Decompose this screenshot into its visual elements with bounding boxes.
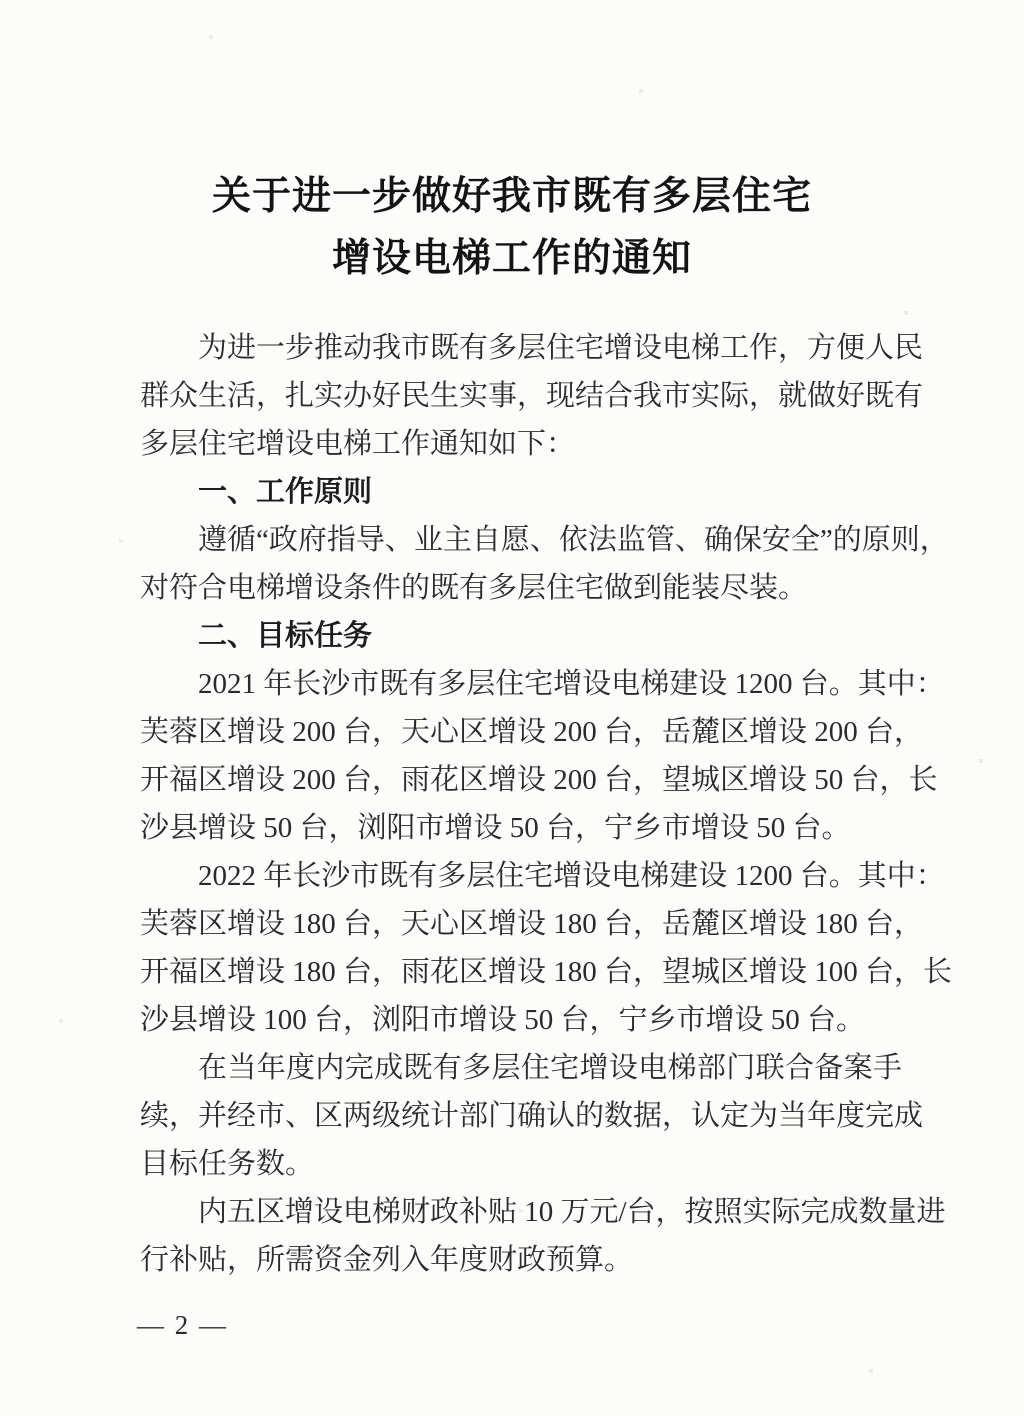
body-line: 为进一步推动我市既有多层住宅增设电梯工作，方便人民 [140,324,902,372]
body-line: 2022 年长沙市既有多层住宅增设电梯建设 1200 台。其中： [140,852,902,900]
body-line: 多层住宅增设电梯工作通知如下： [140,420,902,468]
document-title-line-1: 关于进一步做好我市既有多层住宅 [0,166,1024,228]
body-line: 沙县增设 100 台，浏阳市增设 50 台，宁乡市增设 50 台。 [140,996,902,1044]
body-line: 目标任务数。 [140,1140,902,1188]
body-line: 沙县增设 50 台，浏阳市增设 50 台，宁乡市增设 50 台。 [140,804,902,852]
body-line: 行补贴，所需资金列入年度财政预算。 [140,1236,902,1284]
body-line: 开福区增设 200 台，雨花区增设 200 台，望城区增设 50 台，长 [140,756,902,804]
body-line: 芙蓉区增设 180 台，天心区增设 180 台，岳麓区增设 180 台， [140,900,902,948]
body-line: 续，并经市、区两级统计部门确认的数据，认定为当年度完成 [140,1092,902,1140]
page-number: — 2 — [137,1310,228,1340]
body-line: 在当年度内完成既有多层住宅增设电梯部门联合备案手 [140,1044,902,1092]
document-body: 为进一步推动我市既有多层住宅增设电梯工作，方便人民 群众生活，扎实办好民生实事，… [140,324,902,1284]
body-line: 内五区增设电梯财政补贴 10 万元/台，按照实际完成数量进 [140,1188,902,1236]
document-title: 关于进一步做好我市既有多层住宅 增设电梯工作的通知 [0,166,1024,290]
section-heading-1: 一、工作原则 [140,468,902,516]
body-line: 2021 年长沙市既有多层住宅增设电梯建设 1200 台。其中： [140,660,902,708]
body-line: 芙蓉区增设 200 台，天心区增设 200 台，岳麓区增设 200 台， [140,708,902,756]
scan-speckles [0,0,2,2]
body-line: 遵循“政府指导、业主自愿、依法监管、确保安全”的原则， [140,516,902,564]
body-line: 开福区增设 180 台，雨花区增设 180 台，望城区增设 100 台，长 [140,948,902,996]
document-title-line-2: 增设电梯工作的通知 [0,228,1024,290]
document-page: 关于进一步做好我市既有多层住宅 增设电梯工作的通知 为进一步推动我市既有多层住宅… [0,0,1024,1416]
body-line: 对符合电梯增设条件的既有多层住宅做到能装尽装。 [140,564,902,612]
body-line: 群众生活，扎实办好民生实事，现结合我市实际，就做好既有 [140,372,902,420]
section-heading-2: 二、目标任务 [140,612,902,660]
